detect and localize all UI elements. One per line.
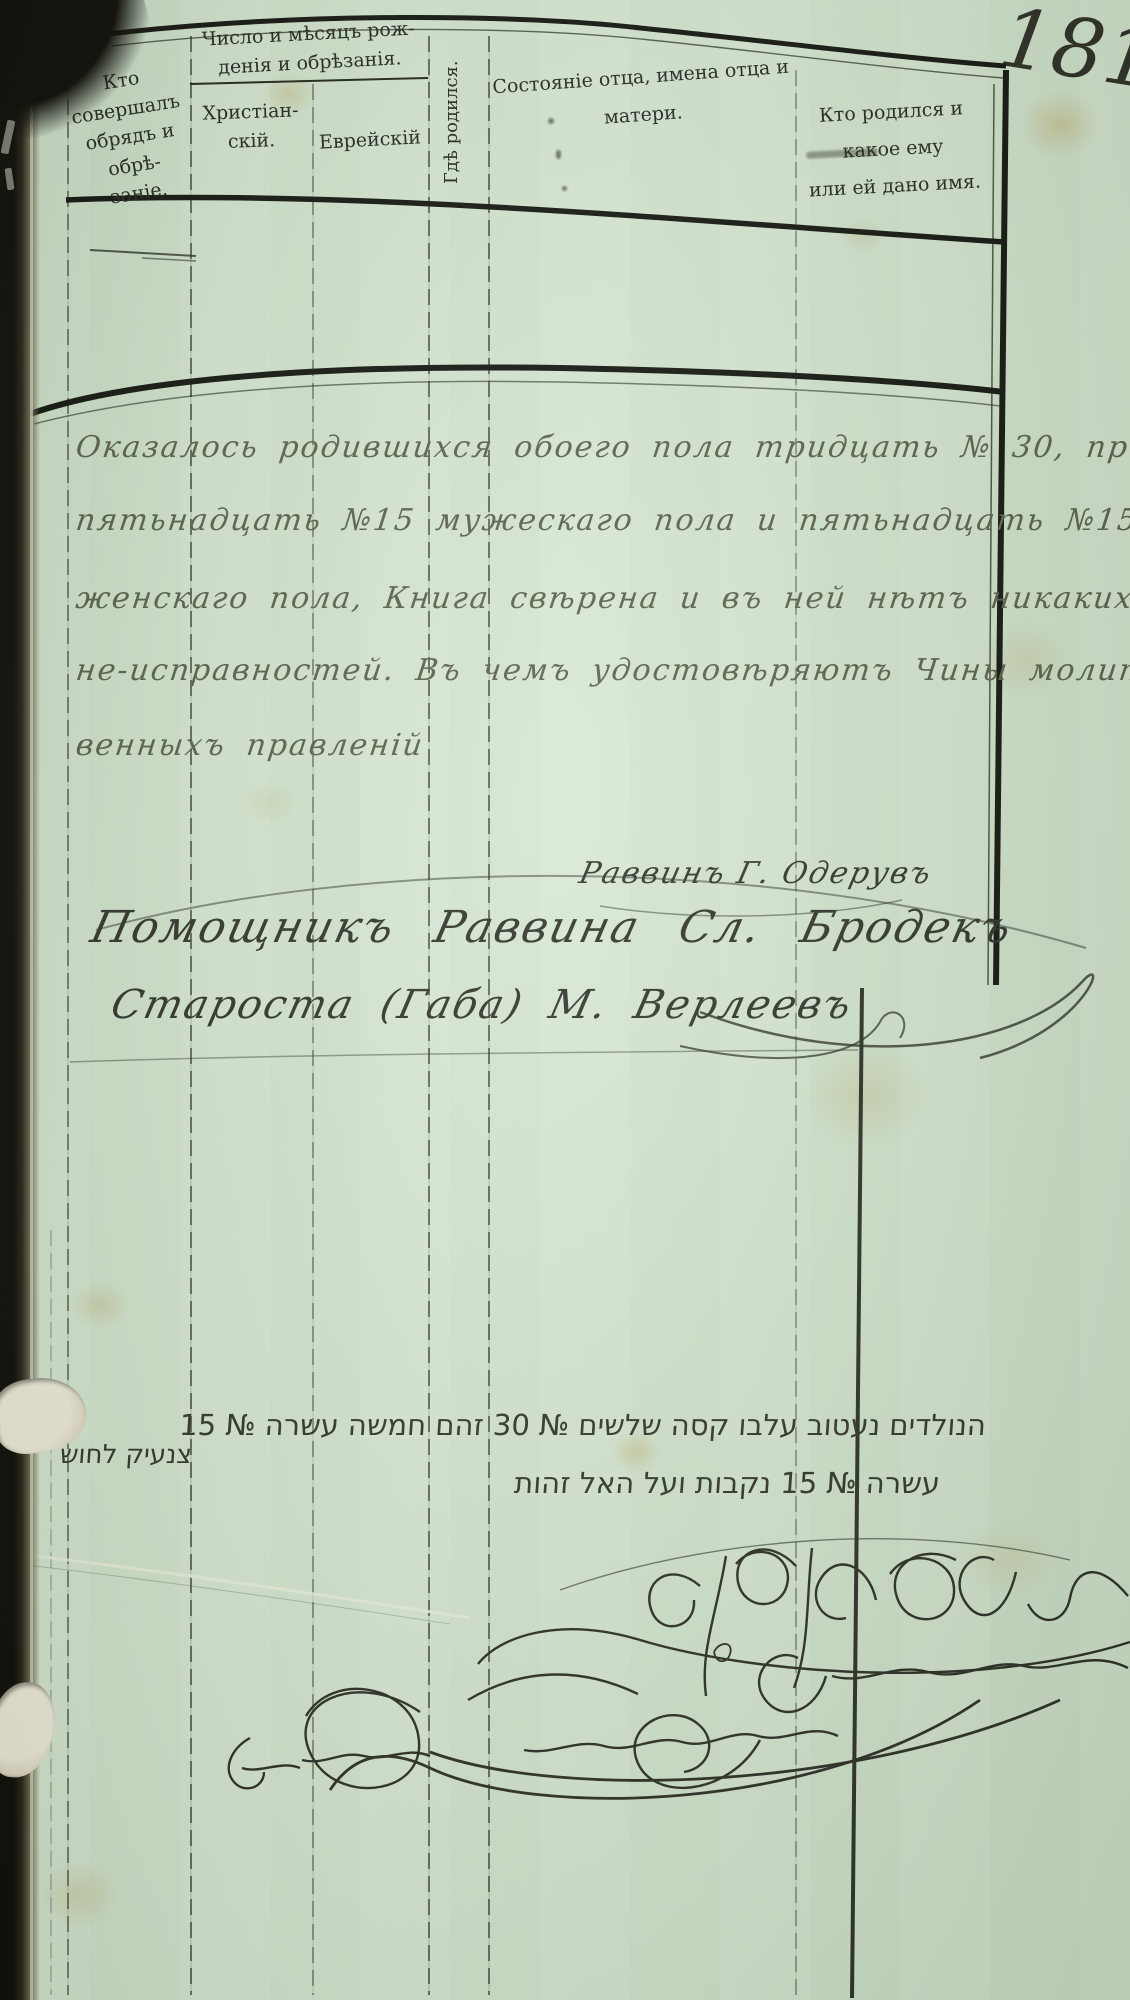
register-page-scan: Кто совершалъ обрядъ и обрѣ- заніе. Числ…: [0, 0, 1130, 2000]
scan-vignette: [0, 0, 1130, 2000]
